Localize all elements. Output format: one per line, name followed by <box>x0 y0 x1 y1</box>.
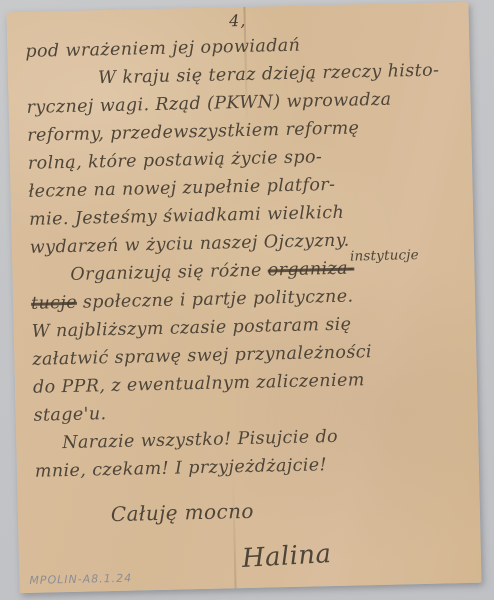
handwritten-text: Organizują się różne <box>70 260 268 284</box>
handwritten-text: stage'u. <box>33 404 106 426</box>
letter-line: Halina <box>241 532 469 573</box>
strikethrough-text: tucje <box>31 293 77 314</box>
letter-line: Całuję mocno <box>111 492 469 528</box>
handwritten-text: mnie, czekam! I przyjeżdżajcie! <box>35 455 328 482</box>
handwritten-text: społeczne i partje polityczne. <box>77 287 354 313</box>
strikethrough-text: organiza- <box>268 258 355 280</box>
handwritten-text: Halina <box>241 539 332 574</box>
archive-reference-number: MPOLIN-A8.1.24 <box>29 572 132 587</box>
handwritten-text: Całuję mocno <box>111 499 254 526</box>
handwritten-text: Narazie wszystko! Pisujcie do <box>62 427 338 453</box>
handwritten-text: rolną, które postawią życie spo- <box>28 147 323 174</box>
handwritten-text: załatwić sprawę swej przynależności <box>32 342 372 370</box>
handwritten-text: wydarzeń w życiu naszej Ojczyzny. <box>30 231 350 258</box>
letter-body: pod wrażeniem jej opowiadańW kraju się t… <box>25 28 469 574</box>
handwritten-text: rycznej wagi. Rząd (PKWN) wprowadza <box>26 90 391 118</box>
handwritten-text: łeczne na nowej zupełnie platfor- <box>28 175 335 202</box>
handwritten-text: W najbliższym czasie postaram się <box>31 315 351 342</box>
handwritten-text: mie. Jesteśmy świadkami wielkich <box>29 203 344 230</box>
handwritten-text: do PPR, z ewentualnym zaliczeniem <box>33 370 365 398</box>
handwritten-text: reformy, przedewszystkiem reformę <box>27 118 360 146</box>
scanned-letter: 4, pod wrażeniem jej opowiadańW kraju si… <box>6 2 481 593</box>
handwritten-text: W kraju się teraz dzieją rzeczy histo- <box>98 61 440 89</box>
inserted-correction-word: instytucje <box>350 241 419 271</box>
handwritten-text: pod wrażeniem jej opowiadań <box>25 36 300 62</box>
scanner-background: 4, pod wrażeniem jej opowiadańW kraju si… <box>0 0 494 600</box>
